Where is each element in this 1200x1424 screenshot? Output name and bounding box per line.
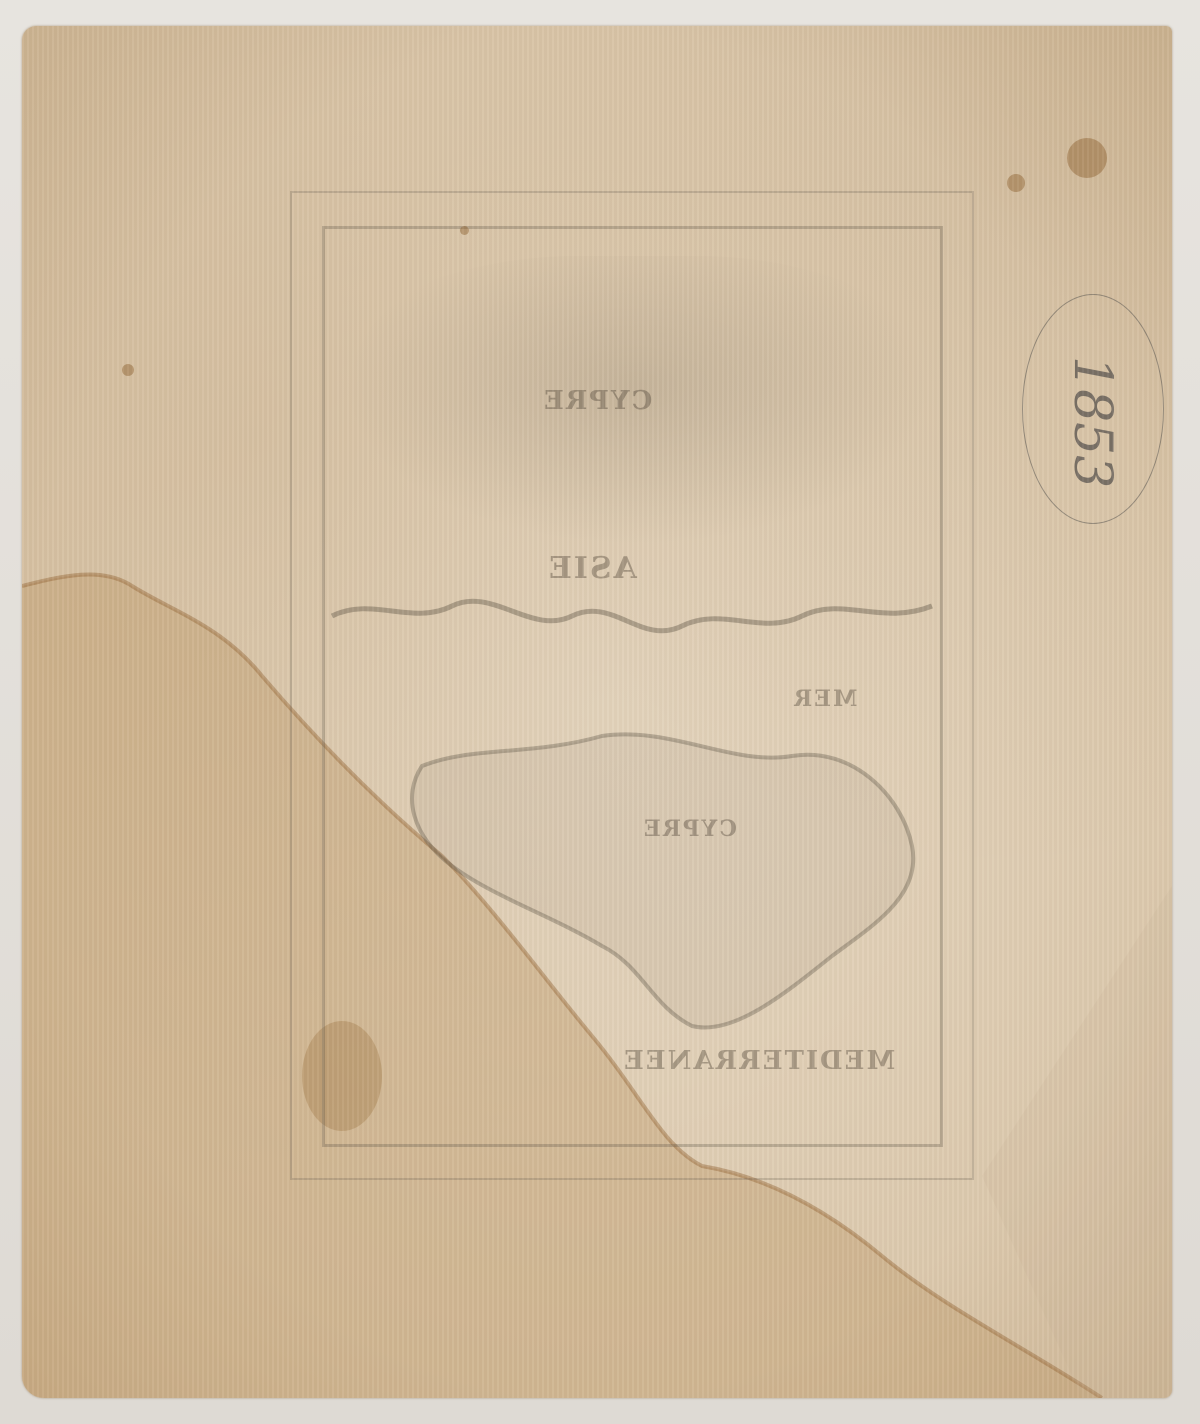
foxing-spot <box>122 364 134 376</box>
cartouche-title-mirrored: CYPRE <box>542 386 652 416</box>
region-label-mirrored: ASIE <box>547 551 637 586</box>
foxing-spot <box>1067 138 1107 178</box>
paper-sheet: CYPRE ASIE MER CYPRE MEDITERRANEE 1853 <box>22 26 1172 1398</box>
foxing-spot <box>1007 174 1025 192</box>
sea-label-mirrored: MER <box>792 686 857 712</box>
foxing-spot <box>460 226 469 235</box>
inventory-number: 1853 <box>1062 356 1122 476</box>
bottom-sea-label-mirrored: MEDITERRANEE <box>622 1046 895 1076</box>
island-label-mirrored: CYPRE <box>642 816 737 842</box>
coastline-show-through <box>312 566 952 1086</box>
